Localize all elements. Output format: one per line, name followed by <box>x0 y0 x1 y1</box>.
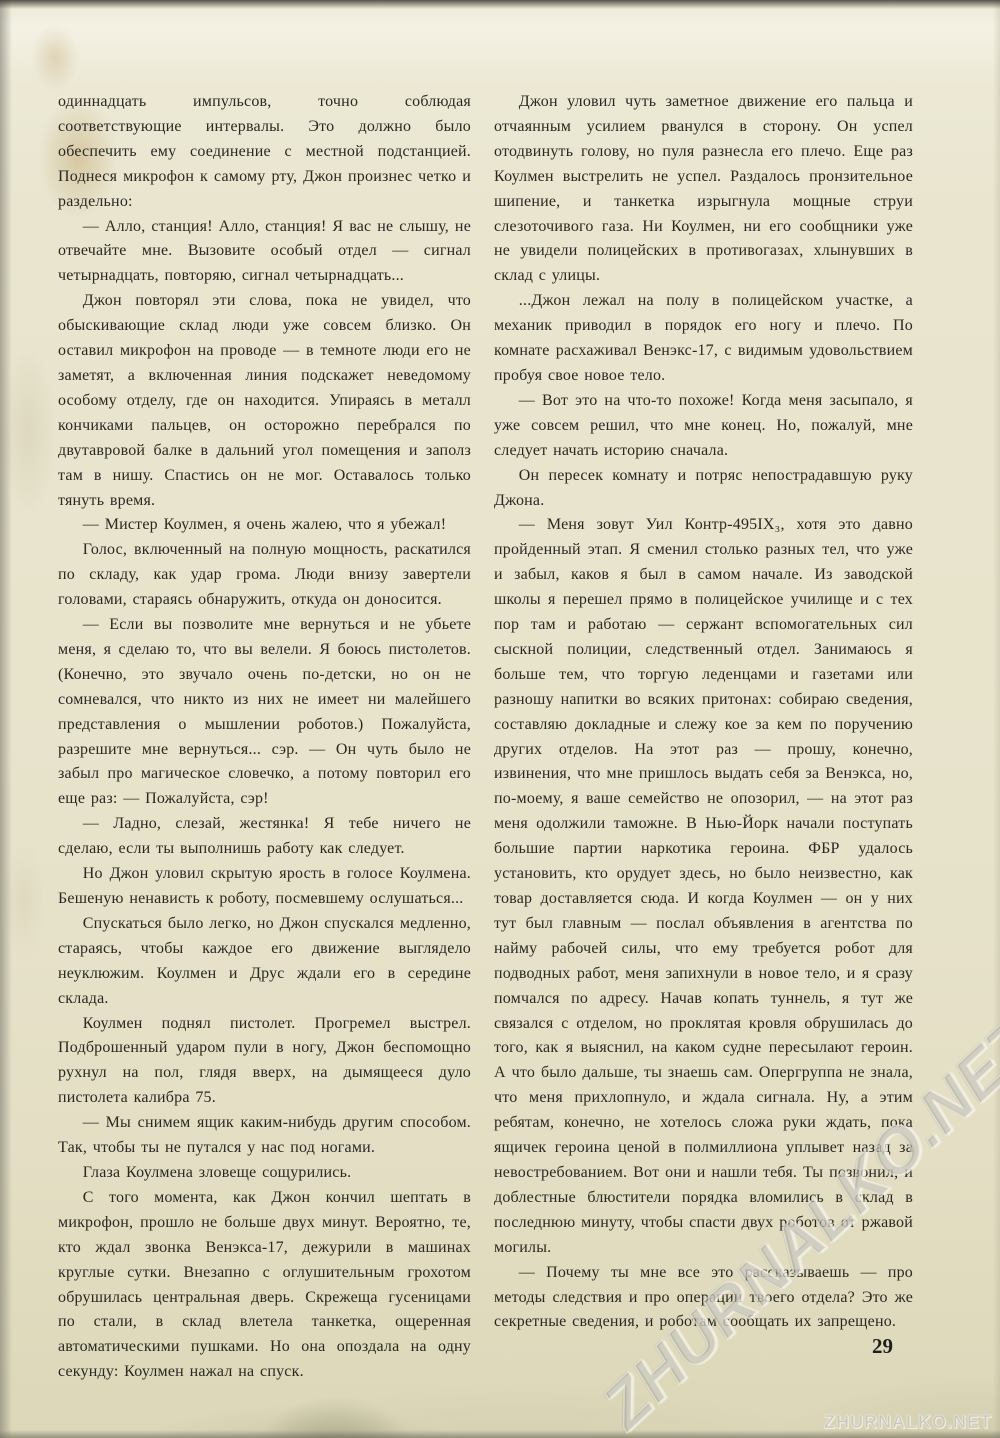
watermark-corner: ZHURNALKO.NET <box>824 1412 992 1433</box>
paragraph: С того момента, как Джон кончил шептать … <box>58 1186 471 1385</box>
page-number: 29 <box>872 1334 893 1359</box>
paragraph: — Ладно, слезай, жестянка! Я тебе ничего… <box>58 812 471 862</box>
paragraph: — Если вы позволите мне вернуться и не у… <box>58 613 471 812</box>
paragraph: Джон повторял эти слова, пока не увидел,… <box>58 289 471 513</box>
paragraph: Джон уловил чуть заметное движение его п… <box>494 90 913 289</box>
paragraph: — Меня зовут Уил Контр-495IX₃, хотя это … <box>494 513 913 1260</box>
text-column-right: Джон уловил чуть заметное движение его п… <box>494 90 913 1335</box>
paragraph: одиннадцать импульсов, точно соблюдая со… <box>58 90 471 215</box>
paragraph: Он пересек комнату и потряс непострадавш… <box>494 464 913 514</box>
paragraph: — Мистер Коулмен, я очень жалею, что я у… <box>58 513 471 538</box>
text-column-left: одиннадцать импульсов, точно соблюдая со… <box>58 90 471 1385</box>
paragraph: — Алло, станция! Алло, станция! Я вас не… <box>58 215 471 290</box>
paragraph: — Вот это на что-то похоже! Когда меня з… <box>494 389 913 464</box>
paragraph: Глаза Коулмена зловеще сощурились. <box>58 1161 471 1186</box>
scanned-page: одиннадцать импульсов, точно соблюдая со… <box>0 0 1000 1438</box>
paragraph: ...Джон лежал на полу в полицейском учас… <box>494 289 913 389</box>
paragraph: Спускаться было легко, но Джон спускался… <box>58 912 471 1012</box>
paragraph: — Мы снимем ящик каким-нибудь другим спо… <box>58 1111 471 1161</box>
paragraph: Коулмен поднял пистолет. Прогремел выстр… <box>58 1012 471 1112</box>
paragraph: Но Джон уловил скрытую ярость в голосе К… <box>58 862 471 912</box>
paragraph: — Почему ты мне все это рассказываешь — … <box>494 1261 913 1336</box>
paragraph: Голос, включенный на полную мощность, ра… <box>58 538 471 613</box>
